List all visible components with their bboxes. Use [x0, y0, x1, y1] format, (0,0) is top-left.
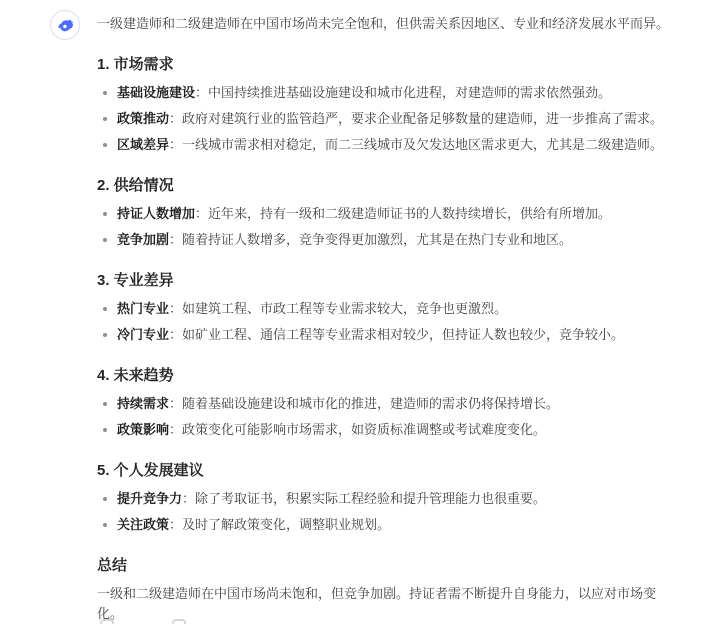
list-item-text: ：如矿业工程、通信工程等专业需求相对较少，但持证人数也较少，竞争较小。: [169, 327, 624, 342]
section-heading-specialty-differences: 3. 专业差异: [97, 270, 677, 291]
bullet-icon: [103, 117, 107, 121]
list-item-text: ：一线城市需求相对稳定，而二三线城市及欠发达地区需求更大，尤其是二级建造师。: [169, 137, 663, 152]
summary-paragraph: 一级和二级建造师在中国市场尚未饱和，但竞争加剧。持证者需不断提升自身能力，以应对…: [97, 584, 677, 624]
list-item-text: ：政府对建筑行业的监管趋严，要求企业配备足够数量的建造师，进一步推高了需求。: [169, 111, 663, 126]
bullet-icon: [103, 497, 107, 501]
bullet-icon: [103, 143, 107, 147]
list-item-text: ：除了考取证书，积累实际工程经验和提升管理能力也很重要。: [182, 491, 546, 506]
bullet-icon: [103, 333, 107, 337]
bullet-icon: [103, 402, 107, 406]
list-item-text: ：如建筑工程、市政工程等专业需求较大，竞争也更激烈。: [169, 301, 507, 316]
list-item-text: ：随着持证人数增多，竞争变得更加激烈，尤其是在热门专业和地区。: [169, 232, 572, 247]
list-item: 持续需求：随着基础设施建设和城市化的推进，建造师的需求仍将保持增长。: [97, 394, 677, 414]
list-item-text: ：近年来，持有一级和二级建造师证书的人数持续增长，供给有所增加。: [195, 206, 611, 221]
message-action-button-2[interactable]: [172, 619, 186, 624]
list-item: 基础设施建设：中国持续推进基础设施建设和城市化进程，对建造师的需求依然强劲。: [97, 83, 677, 103]
bullet-icon: [103, 212, 107, 216]
list-item-text: ：及时了解政策变化，调整职业规划。: [169, 517, 390, 532]
bullet-icon: [103, 238, 107, 242]
section-list: 提升竞争力：除了考取证书，积累实际工程经验和提升管理能力也很重要。 关注政策：及…: [97, 489, 677, 535]
list-item: 提升竞争力：除了考取证书，积累实际工程经验和提升管理能力也很重要。: [97, 489, 677, 509]
assistant-message: 一级建造师和二级建造师在中国市场尚未完全饱和，但供需关系因地区、专业和经济发展水…: [97, 14, 677, 624]
bullet-icon: [103, 307, 107, 311]
bullet-icon: [103, 91, 107, 95]
section-list: 持证人数增加：近年来，持有一级和二级建造师证书的人数持续增长，供给有所增加。 竞…: [97, 204, 677, 250]
list-item: 冷门专业：如矿业工程、通信工程等专业需求相对较少，但持证人数也较少，竞争较小。: [97, 325, 677, 345]
list-item-text: ：中国持续推进基础设施建设和城市化进程，对建造师的需求依然强劲。: [195, 85, 611, 100]
section-list: 基础设施建设：中国持续推进基础设施建设和城市化进程，对建造师的需求依然强劲。 政…: [97, 83, 677, 155]
section-heading-supply: 2. 供给情况: [97, 175, 677, 196]
list-item: 热门专业：如建筑工程、市政工程等专业需求较大，竞争也更激烈。: [97, 299, 677, 319]
section-list: 热门专业：如建筑工程、市政工程等专业需求较大，竞争也更激烈。 冷门专业：如矿业工…: [97, 299, 677, 345]
summary-heading: 总结: [97, 555, 677, 576]
section-heading-personal-advice: 5. 个人发展建议: [97, 460, 677, 481]
section-heading-market-demand: 1. 市场需求: [97, 54, 677, 75]
whale-logo-icon: [56, 16, 75, 35]
message-action-button-1[interactable]: [100, 619, 114, 624]
list-item: 持证人数增加：近年来，持有一级和二级建造师证书的人数持续增长，供给有所增加。: [97, 204, 677, 224]
list-item: 政策推动：政府对建筑行业的监管趋严，要求企业配备足够数量的建造师，进一步推高了需…: [97, 109, 677, 129]
list-item-text: ：政策变化可能影响市场需求，如资质标准调整或考试难度变化。: [169, 422, 546, 437]
list-item: 政策影响：政策变化可能影响市场需求，如资质标准调整或考试难度变化。: [97, 420, 677, 440]
list-item: 关注政策：及时了解政策变化，调整职业规划。: [97, 515, 677, 535]
intro-paragraph: 一级建造师和二级建造师在中国市场尚未完全饱和，但供需关系因地区、专业和经济发展水…: [97, 14, 677, 34]
list-item: 竞争加剧：随着持证人数增多，竞争变得更加激烈，尤其是在热门专业和地区。: [97, 230, 677, 250]
bullet-icon: [103, 428, 107, 432]
chat-response-panel: 一级建造师和二级建造师在中国市场尚未完全饱和，但供需关系因地区、专业和经济发展水…: [0, 0, 706, 624]
assistant-avatar: [50, 10, 80, 40]
list-item: 区域差异：一线城市需求相对稳定，而二三线城市及欠发达地区需求更大，尤其是二级建造…: [97, 135, 677, 155]
bullet-icon: [103, 523, 107, 527]
section-list: 持续需求：随着基础设施建设和城市化的推进，建造师的需求仍将保持增长。 政策影响：…: [97, 394, 677, 440]
list-item-text: ：随着基础设施建设和城市化的推进，建造师的需求仍将保持增长。: [169, 396, 559, 411]
section-heading-future-trends: 4. 未来趋势: [97, 365, 677, 386]
